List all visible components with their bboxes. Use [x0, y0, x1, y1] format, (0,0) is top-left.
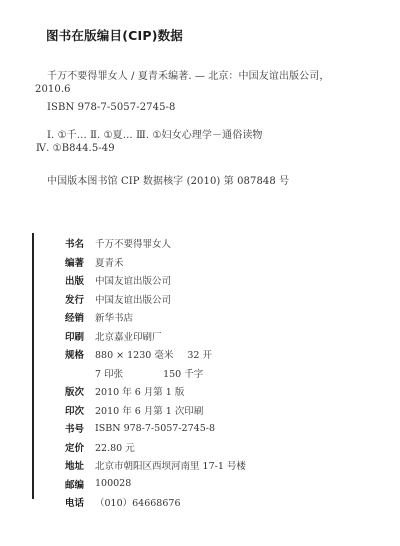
colophon-label: 定价: [65, 440, 95, 454]
colophon-label: 印次: [65, 403, 95, 417]
colophon-value: 新华书店: [95, 310, 133, 324]
colophon-value: 2010 年 6 月第 1 版: [95, 384, 184, 398]
colophon-label: 地址: [65, 458, 95, 472]
colophon-row-isbn: 书号 ISBN 978-7-5057-2745-8: [65, 419, 246, 438]
colophon-row-printing: 印次 2010 年 6 月第 1 次印刷: [65, 401, 246, 420]
colophon-row-postcode: 邮编 100028: [65, 475, 246, 494]
colophon-sheets: 7 印张: [95, 369, 123, 380]
colophon-value: 北京市朝阳区西坝河南里 17-1 号楼: [95, 458, 246, 472]
colophon-row-publisher: 出版 中国友谊出版公司: [65, 271, 246, 290]
colophon-row-phone: 电话 （010）64668676: [65, 493, 246, 512]
colophon-value: 2010 年 6 月第 1 次印刷: [95, 403, 203, 417]
colophon-value: 880 × 1230 毫米32 开: [95, 347, 212, 361]
colophon-row-price: 定价 22.80 元: [65, 438, 246, 457]
colophon-block: 书名 千万不要得罪女人 编著 夏青禾 出版 中国友谊出版公司 发行 中国友谊出版…: [65, 234, 246, 512]
cip-classification: Ⅳ. ①B844.5-49: [36, 143, 115, 154]
colophon-label: 经销: [65, 310, 95, 324]
colophon-row-distributor: 发行 中国友谊出版公司: [65, 290, 246, 309]
colophon-label: 电话: [65, 495, 95, 509]
colophon-row-author: 编著 夏青禾: [65, 253, 246, 272]
colophon-label: 邮编: [65, 477, 95, 491]
colophon-word-count: 150 千字: [163, 369, 203, 380]
colophon-row-printer: 印刷 北京嘉业印刷厂: [65, 327, 246, 346]
cip-record-number: 中国版本图书馆 CIP 数据核字 (2010) 第 087848 号: [47, 172, 289, 187]
colophon-label: 出版: [65, 273, 95, 287]
colophon-value: 中国友谊出版公司: [95, 273, 171, 287]
colophon-value: 22.80 元: [95, 440, 135, 454]
colophon-value: （010）64668676: [95, 495, 181, 509]
colophon-value: 中国友谊出版公司: [95, 292, 171, 306]
colophon-value: 千万不要得罪女人: [95, 236, 171, 250]
colophon-value: 7 印张150 千字: [95, 366, 203, 380]
colophon-row-format: 规格 880 × 1230 毫米32 开: [65, 345, 246, 364]
colophon-value: 夏青禾: [95, 255, 124, 269]
colophon-label: 发行: [65, 292, 95, 306]
colophon-value: 100028: [95, 478, 131, 489]
colophon-label: 编著: [65, 255, 95, 269]
cip-isbn: ISBN 978-7-5057-2745-8: [47, 102, 176, 113]
colophon-label: 书号: [65, 421, 95, 435]
cip-subject-headings: Ⅰ. ①千… Ⅱ. ①夏… Ⅲ. ①妇女心理学－通俗读物: [47, 126, 263, 141]
colophon-divider-bar: [32, 233, 34, 499]
cip-bibliographic-line: 千万不要得罪女人 / 夏青禾编著. — 北京：中国友谊出版公司，: [47, 67, 329, 82]
colophon-row-retailer: 经销 新华书店: [65, 308, 246, 327]
colophon-format-folio: 32 开: [187, 350, 212, 361]
colophon-label: 印刷: [65, 329, 95, 343]
colophon-row-address: 地址 北京市朝阳区西坝河南里 17-1 号楼: [65, 456, 246, 475]
colophon-label: 规格: [65, 347, 95, 361]
colophon-value: ISBN 978-7-5057-2745-8: [95, 423, 215, 434]
colophon-row-title: 书名 千万不要得罪女人: [65, 234, 246, 253]
colophon-label: 版次: [65, 384, 95, 398]
cip-title: 图书在版编目(CIP)数据: [46, 26, 183, 44]
colophon-row-edition: 版次 2010 年 6 月第 1 版: [65, 382, 246, 401]
colophon-row-sheets: 7 印张150 千字: [65, 364, 246, 383]
colophon-value: 北京嘉业印刷厂: [95, 329, 162, 343]
colophon-label: 书名: [65, 236, 95, 250]
cip-publication-date: 2010.6: [35, 84, 71, 95]
colophon-format-size: 880 × 1230 毫米: [95, 350, 173, 361]
